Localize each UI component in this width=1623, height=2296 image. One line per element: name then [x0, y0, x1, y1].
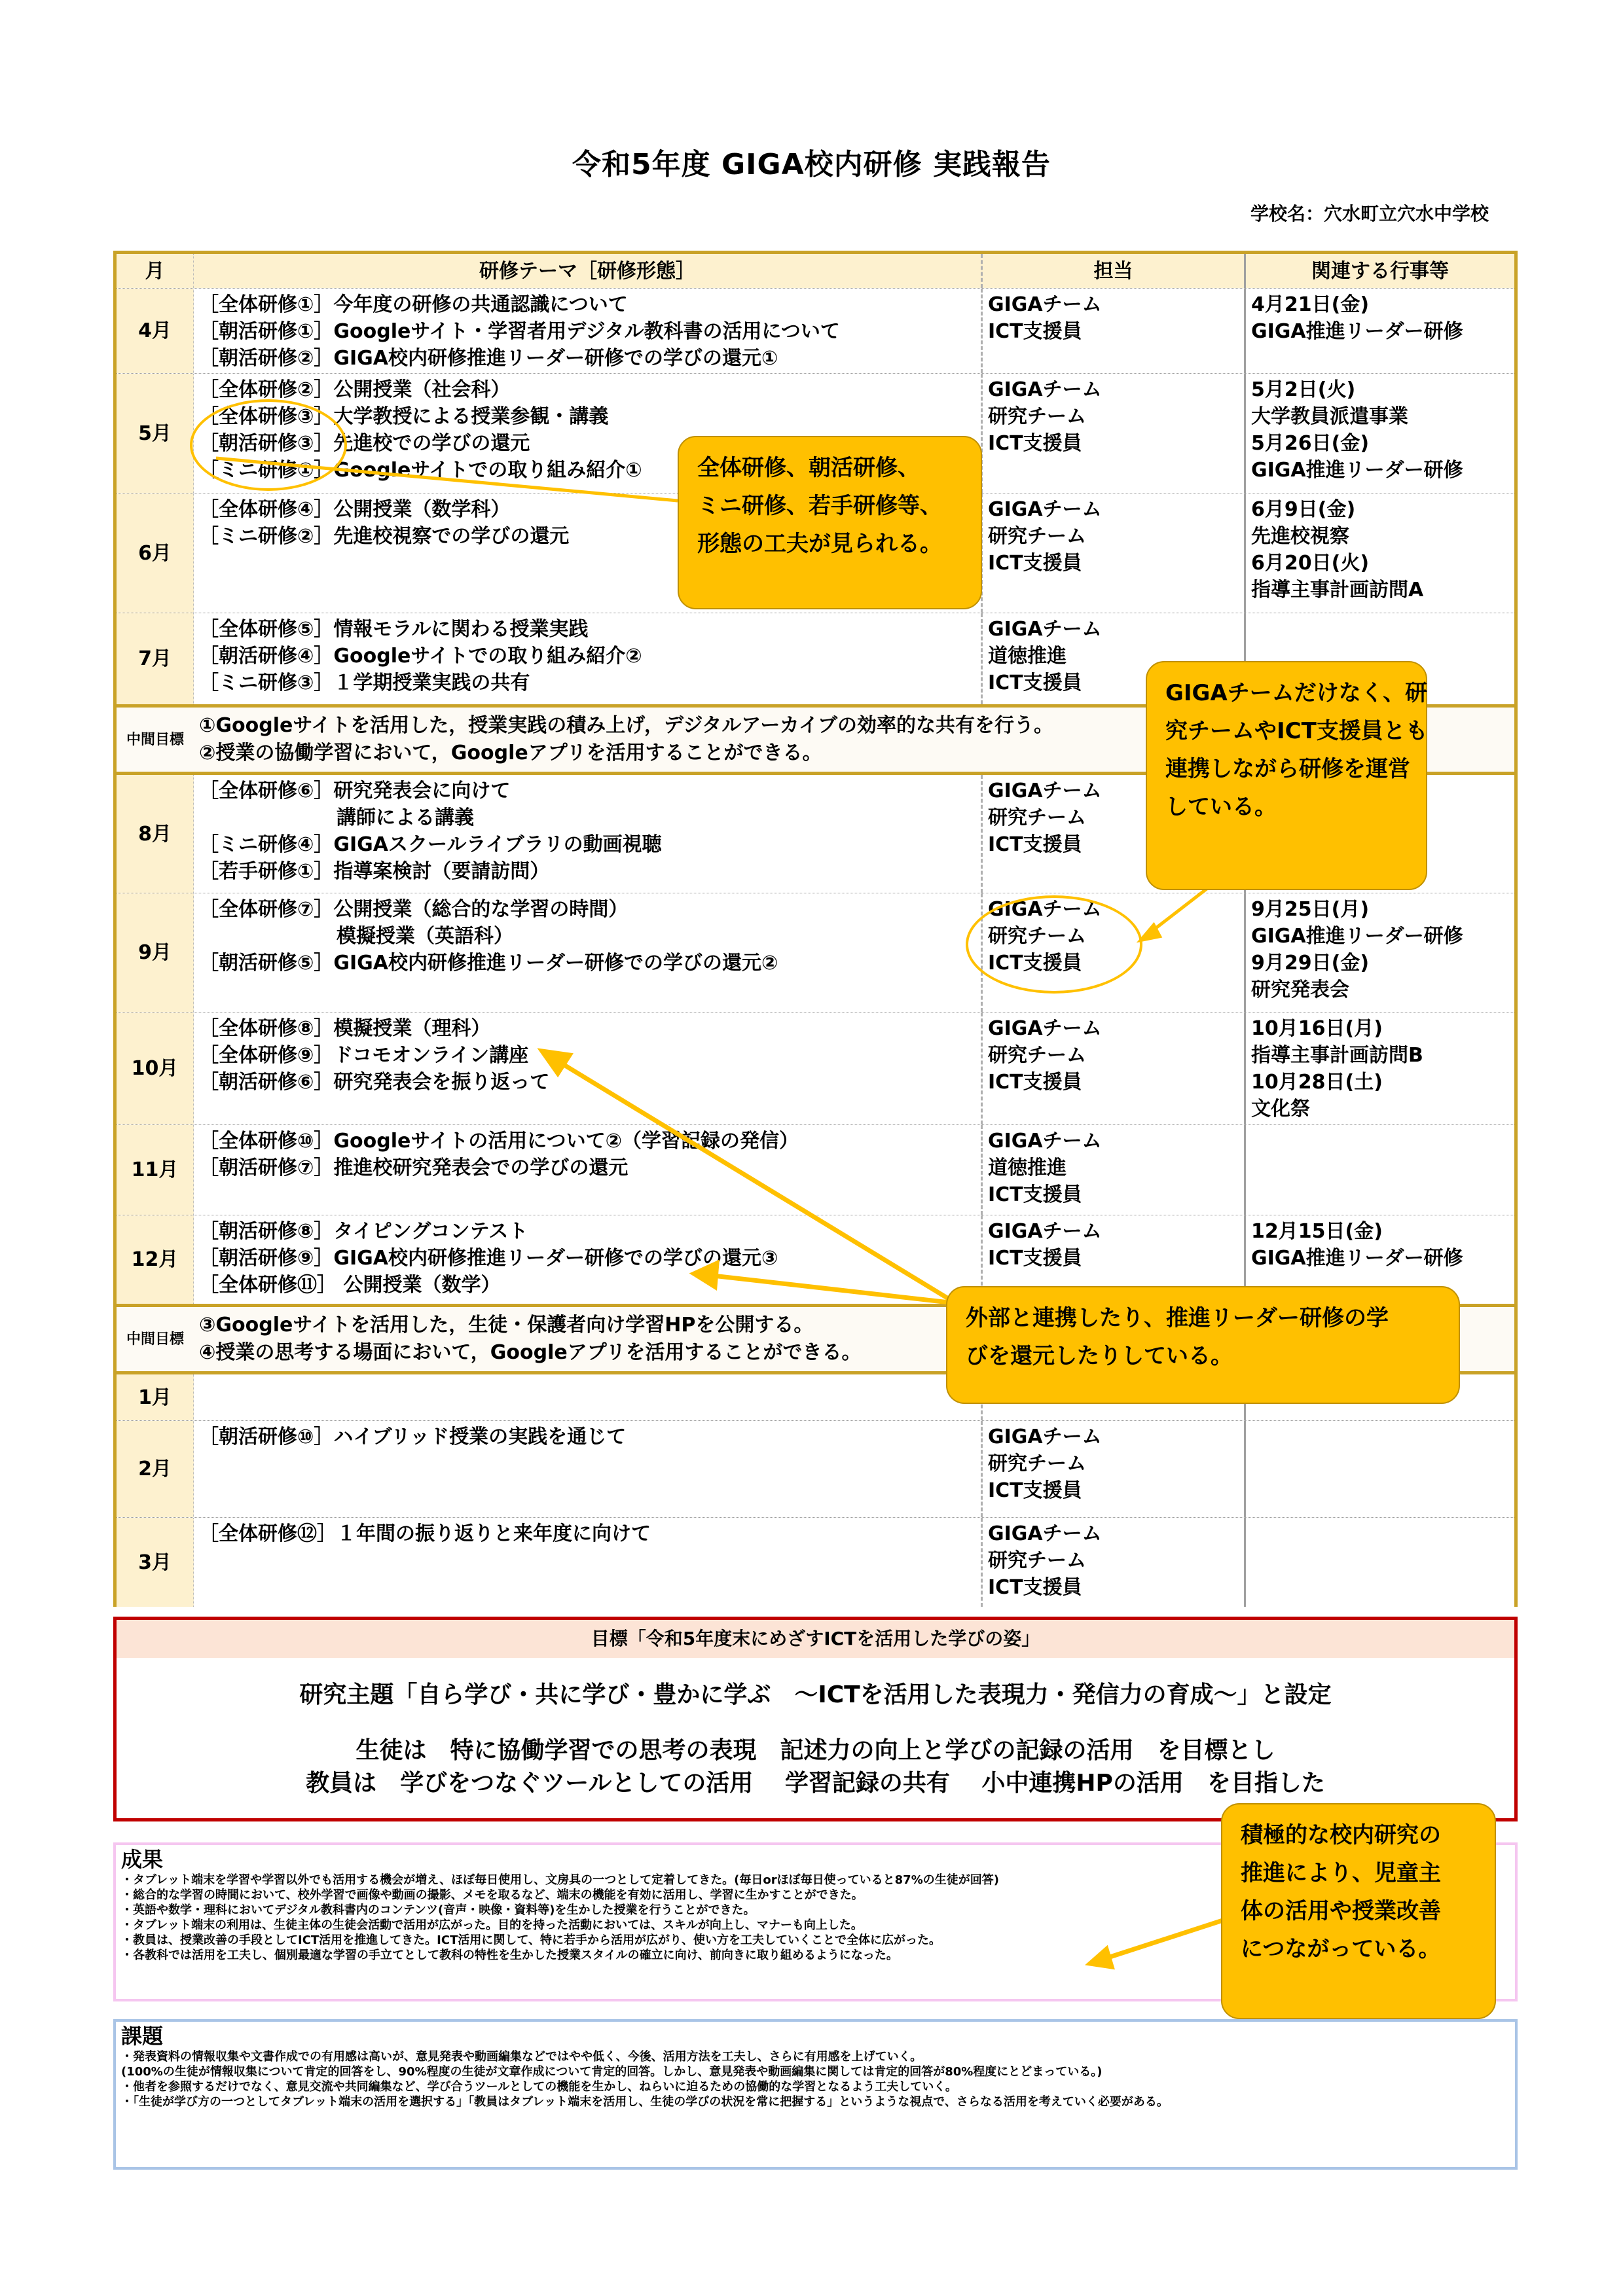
table-row: 2月 ［朝活研修⑩］ハイブリッド授業の実践を通じて GIGAチーム 研究チーム …: [117, 1420, 1514, 1517]
header-month: 月: [117, 254, 194, 288]
events-cell: [1246, 1125, 1514, 1215]
callout-external-collaboration: 外部と連携したり、推進リーダー研修の学 びを還元したりしている。: [946, 1286, 1460, 1404]
month-cell: 7月: [117, 613, 194, 704]
callout-training-forms: 全体研修、朝活研修、 ミニ研修、若手研修等、 形態の工夫が見られる。: [678, 436, 982, 609]
month-cell: 1月: [117, 1374, 194, 1420]
year-end-goal-box: 目標「令和5年度末にめざすICTを活用した学びの姿」 研究主題「自ら学び・共に学…: [113, 1617, 1518, 1821]
table-row: 11月 ［全体研修⑩］Googleサイトの活用について②（学習記録の発信） ［朝…: [117, 1124, 1514, 1215]
header-events: 関連する行事等: [1246, 254, 1514, 288]
events-cell: 9月25日(月) GIGA推進リーダー研修 9月29日(金) 研究発表会: [1246, 893, 1514, 1012]
theme-cell: ［全体研修⑩］Googleサイトの活用について②（学習記録の発信） ［朝活研修⑦…: [194, 1125, 983, 1215]
page-title: 令和5年度 GIGA校内研修 実践報告: [0, 141, 1623, 183]
issue-item: ・「生徒が学び方の一つとしてタブレット端末の活用を選択する」「教員はタブレット端…: [121, 2094, 1510, 2109]
table-row: 9月 ［全体研修⑦］公開授業（総合的な学習の時間） 模擬授業（英語科） ［朝活研…: [117, 893, 1514, 1012]
owner-cell: GIGAチーム 研究チーム ICT支援員: [983, 1518, 1246, 1607]
goal-heading: 目標「令和5年度末にめざすICTを活用した学びの姿」: [117, 1620, 1514, 1658]
mid-goal-label: 中間目標: [117, 1307, 194, 1371]
month-cell: 10月: [117, 1013, 194, 1124]
month-cell: 9月: [117, 893, 194, 1012]
goal-students: 生徒は 特に協働学習での思考の表現 記述力の向上と学びの記録の活用 を目標とし: [117, 1734, 1514, 1767]
month-cell: 4月: [117, 289, 194, 373]
owner-cell: GIGAチーム ICT支援員: [983, 289, 1246, 373]
highlight-ellipse-teams: [966, 895, 1142, 994]
table-row: 4月 ［全体研修①］今年度の研修の共通認識について ［朝活研修①］Googleサ…: [117, 288, 1514, 373]
table-row: 3月 ［全体研修⑫］１年間の振り返りと来年度に向けて GIGAチーム 研究チーム…: [117, 1517, 1514, 1607]
theme-cell: ［全体研修⑧］模擬授業（理科） ［全体研修⑨］ドコモオンライン講座 ［朝活研修⑥…: [194, 1013, 983, 1124]
month-cell: 2月: [117, 1421, 194, 1517]
issues-panel: 課題 ・発表資料の情報収集や文書作成での有用感は高いが、意見発表や動画編集などで…: [113, 2019, 1518, 2170]
goal-teachers: 教員は 学びをつなぐツールとしての活用 学習記録の共有 小中連携HPの活用 を目…: [117, 1767, 1514, 1800]
issue-item: (100%の生徒が情報収集について肯定的回答をし、90%程度の生徒が文章作成につ…: [121, 2064, 1510, 2079]
theme-cell: ［全体研修⑫］１年間の振り返りと来年度に向けて: [194, 1518, 983, 1607]
research-theme: 研究主題「自ら学び・共に学び・豊かに学ぶ ～ICTを活用した表現力・発信力の育成…: [117, 1676, 1514, 1710]
table-row: 10月 ［全体研修⑧］模擬授業（理科） ［全体研修⑨］ドコモオンライン講座 ［朝…: [117, 1012, 1514, 1124]
highlight-ellipse-forms: [190, 399, 347, 491]
issues-title: 課題: [116, 2022, 1515, 2049]
issue-item: ・他者を参照するだけでなく、意見交流や共同編集など、学び合うツールとしての機能を…: [121, 2079, 1510, 2094]
table-header: 月 研修テーマ［研修形態］ 担当 関連する行事等: [117, 254, 1514, 288]
events-cell: 5月2日(火) 大学教員派遣事業 5月26日(金) GIGA推進リーダー研修: [1246, 374, 1514, 493]
theme-cell: ［全体研修⑤］情報モラルに関わる授業実践 ［朝活研修④］Googleサイトでの取…: [194, 613, 983, 704]
owner-cell: GIGAチーム 研究チーム ICT支援員: [983, 1013, 1246, 1124]
theme-cell: ［朝活研修⑧］タイピングコンテスト ［朝活研修⑨］GIGA校内研修推進リーダー研…: [194, 1215, 983, 1304]
owner-cell: GIGAチーム 研究チーム ICT支援員: [983, 493, 1246, 613]
month-cell: 6月: [117, 493, 194, 613]
theme-cell: ［全体研修①］今年度の研修の共通認識について ［朝活研修①］Googleサイト・…: [194, 289, 983, 373]
header-owner: 担当: [983, 254, 1246, 288]
owner-cell: GIGAチーム 研究チーム ICT支援員: [983, 1421, 1246, 1517]
mid-goal-label: 中間目標: [117, 708, 194, 772]
events-cell: 6月9日(金) 先進校視察 6月20日(火) 指導主事計画訪問A: [1246, 493, 1514, 613]
events-cell: 4月21日(金) GIGA推進リーダー研修: [1246, 289, 1514, 373]
callout-research-promotion: 積極的な校内研究の 推進により、児童主 体の活用や授業改善 につながっている。: [1221, 1803, 1496, 2019]
theme-cell: ［全体研修⑥］研究発表会に向けて 講師による講義 ［ミニ研修④］GIGAスクール…: [194, 775, 983, 893]
theme-cell: ［全体研修⑦］公開授業（総合的な学習の時間） 模擬授業（英語科） ［朝活研修⑤］…: [194, 893, 983, 1012]
month-cell: 12月: [117, 1215, 194, 1304]
owner-cell: GIGAチーム 研究チーム ICT支援員: [983, 374, 1246, 493]
theme-cell: [194, 1374, 983, 1420]
month-cell: 3月: [117, 1518, 194, 1607]
events-cell: 10月16日(月) 指導主事計画訪問B 10月28日(土) 文化祭: [1246, 1013, 1514, 1124]
callout-team-collaboration: GIGAチームだけなく、研 究チームやICT支援員とも 連携しながら研修を運営 …: [1146, 661, 1427, 890]
owner-cell: GIGAチーム 道徳推進 ICT支援員: [983, 1125, 1246, 1215]
month-cell: 8月: [117, 775, 194, 893]
issue-item: ・発表資料の情報収集や文書作成での有用感は高いが、意見発表や動画編集などではやや…: [121, 2049, 1510, 2064]
events-cell: [1246, 1421, 1514, 1517]
theme-cell: ［朝活研修⑩］ハイブリッド授業の実践を通じて: [194, 1421, 983, 1517]
month-cell: 5月: [117, 374, 194, 493]
events-cell: [1246, 1518, 1514, 1607]
header-theme: 研修テーマ［研修形態］: [194, 254, 983, 288]
school-name: 学校名：穴水町立穴水中学校: [1250, 200, 1489, 226]
month-cell: 11月: [117, 1125, 194, 1215]
